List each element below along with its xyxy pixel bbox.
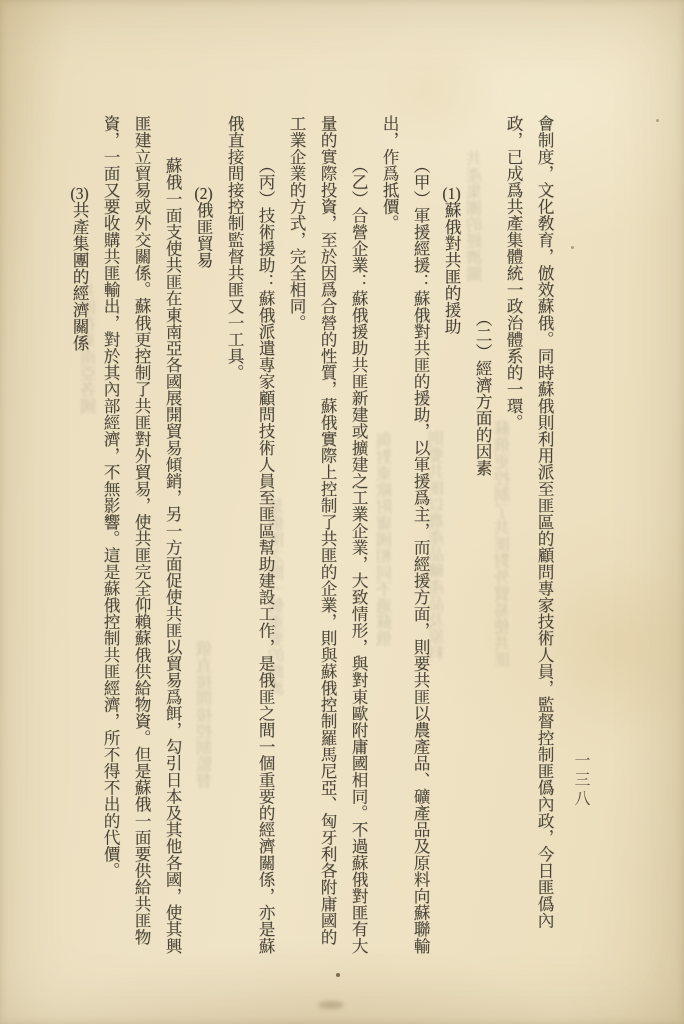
subheading-2-title: 俄匪貿易 <box>194 202 213 268</box>
subheading-2-soviet-communist-trade: (2)俄匪貿易 <box>188 115 219 957</box>
subheading-3-number: (3) <box>70 185 89 202</box>
paragraph-continuation: 會制度，文化敎育，倣效蘇俄。同時蘇俄則利用派至匪區的顧問專家技術人員，監督控制匪… <box>498 115 560 957</box>
subheading-1-soviet-aid: (1)蘇俄對共匪的援助 <box>436 115 467 957</box>
paragraph-military-economic-aid: （甲）軍援經援：蘇俄對共匪的援助，以軍援爲主，而經援方面，則要共匪以農產品、礦產… <box>374 115 436 957</box>
paragraph-joint-ventures: （乙）合營企業：蘇俄援助共匪新建或擴建之工業企業，大致情形，與對東歐附庸國相同。… <box>281 115 374 957</box>
section-heading-economic-factors: （二）經濟方面的因素 <box>467 115 498 957</box>
paragraph-trade: 蘇俄一面支使共匪在東南亞各國展開貿易傾銷，另一方面促使共匪以貿易爲餌，勾引日本及… <box>95 115 188 957</box>
paper-smudge <box>318 1001 344 1009</box>
subheading-1-title: 蘇俄對共匪的援助 <box>442 202 461 335</box>
paper-speck <box>656 119 659 122</box>
paper-stain <box>540 560 684 740</box>
paper-speck <box>336 973 340 977</box>
page-number: 一三八 <box>570 752 590 809</box>
vertical-text-block: 會制度，文化敎育，倣效蘇俄。同時蘇俄則利用派至匪區的顧問專家技術人員，監督控制匪… <box>64 115 560 957</box>
subheading-2-number: (2) <box>194 185 213 202</box>
scanned-document-page: 蘇俄更控制了共匪對外貿易使共匪 共產集團的經濟關 則要共匪以農產品礦產品及原料 … <box>0 0 684 1024</box>
subheading-1-number: (1) <box>442 185 461 202</box>
paragraph-technical-aid: （丙）技術援助：蘇俄派遣專家顧問技術人員至匪區幫助建設工作，是俄匪之間一個重要的… <box>219 115 281 957</box>
subheading-3-title: 共產集團的經濟關係 <box>70 202 89 351</box>
paper-speck <box>571 246 574 249</box>
subheading-3-communist-bloc-economy: (3)共產集團的經濟關係 <box>64 115 95 957</box>
